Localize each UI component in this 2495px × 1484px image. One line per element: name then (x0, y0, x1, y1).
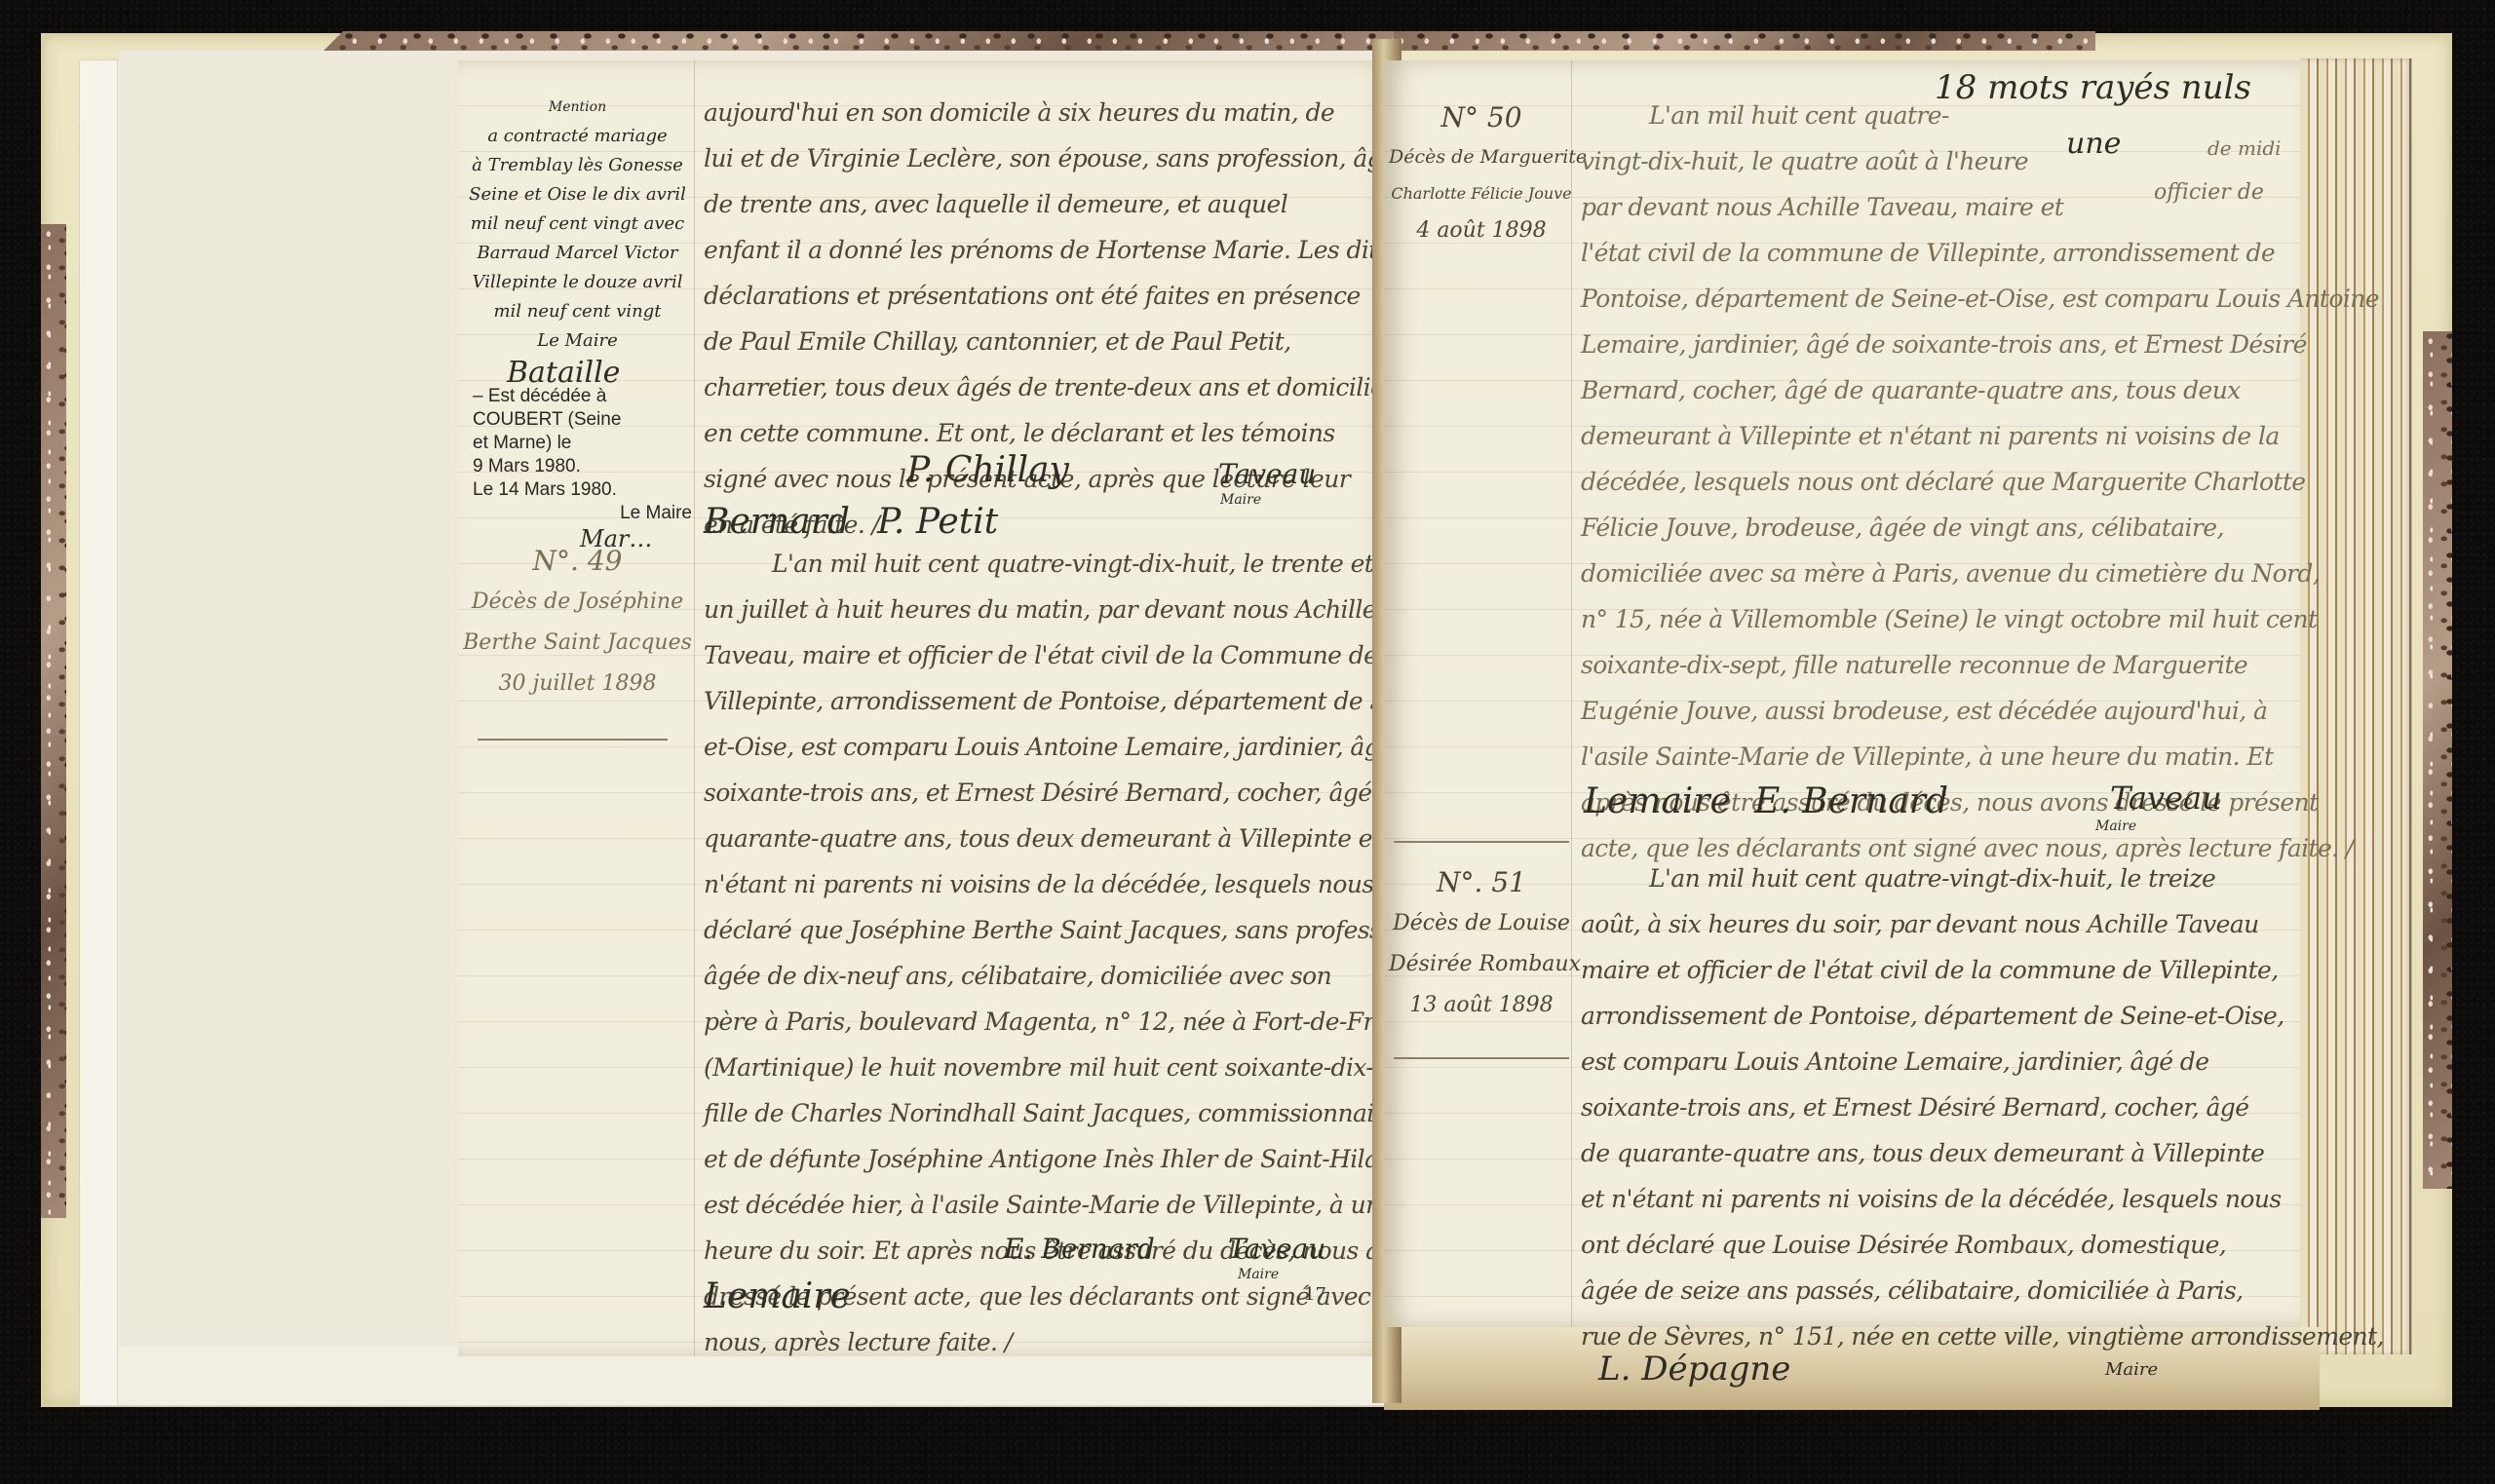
text-line: charretier, tous deux âgés de trente-deu… (704, 364, 1366, 410)
left-margin-rule (694, 60, 695, 1356)
text-line: ont déclaré que Louise Désirée Rombaux, … (1581, 1222, 2292, 1268)
interlinear-correction: 18 mots rayés nuls (1935, 68, 2251, 107)
annotation-header: Mention (463, 93, 692, 122)
death-annotation: – Est décédée à COUBERT (Seine et Marne)… (473, 385, 692, 552)
entry-title-line: Charlotte Félicie Jouve (1389, 175, 1574, 212)
annotation-line: COUBERT (Seine (473, 408, 692, 432)
text-line: âgée de seize ans passés, célibataire, d… (1581, 1268, 2292, 1313)
entry-49-margin: N°. 49 Décès de Joséphine Berthe Saint J… (463, 541, 692, 704)
text-line: lui et de Virginie Leclère, son épouse, … (704, 135, 1366, 181)
text-line: enfant il a donné les prénoms de Hortens… (704, 227, 1366, 273)
entry-title-line: 30 juillet 1898 (463, 664, 692, 704)
flyleaf-edge (80, 60, 118, 1405)
interlinear-word: officier de (2154, 180, 2264, 205)
signature-lemaire: Lemaire (1584, 781, 1731, 821)
signature-chillay: P. Chillay (906, 450, 1069, 490)
signature-bernard: Bernard (704, 502, 850, 542)
interlinear-word: une (2066, 127, 2121, 161)
interlinear-word: de midi (2207, 136, 2282, 160)
text-line: soixante-dix-sept, fille naturelle recon… (1581, 642, 2292, 688)
text-line: l'asile Sainte-Marie de Villepinte, à un… (1581, 734, 2292, 780)
entry-51-margin: N°. 51 Décès de Louise Désirée Rombaux 1… (1389, 862, 1574, 1026)
annotation-line: Le 14 Mars 1980. (473, 478, 692, 502)
entry-separator (1394, 841, 1569, 843)
text-line: soixante-trois ans, et Ernest Désiré Ber… (1581, 1084, 2292, 1130)
text-line: Lemaire, jardinier, âgé de soixante-troi… (1581, 322, 2292, 367)
signature-depagne: L. Dépagne (1598, 1350, 1790, 1389)
text-line: août, à six heures du soir, par devant n… (1581, 901, 2292, 947)
annotation-line: 9 Mars 1980. (473, 455, 692, 478)
annotation-line: Le Maire (473, 502, 692, 525)
annotation-line: Seine et Oise le dix avril (463, 180, 692, 209)
text-line: l'état civil de la commune de Villepinte… (1581, 230, 2292, 276)
text-line: domiciliée avec sa mère à Paris, avenue … (1581, 551, 2292, 596)
page-edges-stack (2300, 58, 2412, 1354)
marriage-annotation: Mention a contracté mariage à Tremblay l… (463, 93, 692, 390)
text-line: soixante-trois ans, et Ernest Désiré Ber… (704, 770, 1366, 816)
signature-lemaire: Lemaire (704, 1276, 851, 1316)
signature-bernard: E. Bernard (1754, 781, 1948, 821)
annotation-line: Barraud Marcel Victor (463, 239, 692, 268)
annotation-line: a contracté mariage (463, 122, 692, 151)
text-line: L'an mil huit cent quatre-vingt-dix-huit… (1581, 856, 2292, 901)
folio-number: 17 (1304, 1284, 1326, 1305)
entry-title-line: Berthe Saint Jacques (463, 623, 692, 664)
signature-maire-label: Maire (1220, 492, 1261, 508)
text-line: en cette commune. Et ont, le déclarant e… (704, 410, 1366, 456)
text-line: n° 15, née à Villemomble (Seine) le ving… (1581, 596, 2292, 642)
entry-title-line: Décès de Louise (1389, 903, 1574, 944)
text-line: décédée, lesquels nous ont déclaré que M… (1581, 459, 2292, 505)
signature-maire-label: Maire (1238, 1267, 1279, 1282)
entry-50-text: L'an mil huit cent quatre- vingt-dix-hui… (1581, 93, 2292, 871)
signature-taveau: Taveau (1218, 458, 1316, 490)
annotation-line: – Est décédée à (473, 385, 692, 408)
annotation-line: mil neuf cent vingt (463, 297, 692, 326)
text-line: et n'étant ni parents ni voisins de la d… (1581, 1176, 2292, 1222)
annotation-line: et Marne) le (473, 432, 692, 455)
text-line: demeurant à Villepinte et n'étant ni par… (1581, 413, 2292, 459)
text-line: n'étant ni parents ni voisins de la décé… (704, 861, 1366, 907)
entry-50-margin: N° 50 Décès de Marguerite Charlotte Féli… (1389, 97, 1574, 249)
text-line: (Martinique) le huit novembre mil huit c… (704, 1045, 1366, 1090)
entry-number: N°. 49 (463, 541, 692, 582)
annotation-line: Le Maire (463, 326, 692, 356)
text-line: Villepinte, arrondissement de Pontoise, … (704, 678, 1366, 724)
text-line: de Paul Emile Chillay, cantonnier, et de… (704, 319, 1366, 364)
text-line: maire et officier de l'état civil de la … (1581, 947, 2292, 993)
text-line: et-Oise, est comparu Louis Antoine Lemai… (704, 724, 1366, 770)
marbled-board-top-right (1394, 31, 2095, 51)
text-line: de trente ans, avec laquelle il demeure,… (704, 181, 1366, 227)
text-line: et de défunte Joséphine Antigone Inès Ih… (704, 1136, 1366, 1182)
signature-taveau: Taveau (1228, 1233, 1325, 1265)
annotation-line: mil neuf cent vingt avec (463, 209, 692, 239)
marbled-board-right (2423, 331, 2452, 1189)
entry-title-line: Décès de Joséphine (463, 582, 692, 623)
marbled-board-left (41, 224, 66, 1218)
text-line: déclarations et présentations ont été fa… (704, 273, 1366, 319)
text-line: vingt-dix-huit, le quatre août à l'heure (1581, 138, 2292, 184)
signature-maire-label: Maire (2105, 1359, 2158, 1380)
text-line: arrondissement de Pontoise, département … (1581, 993, 2292, 1039)
right-margin-rule (1571, 60, 1572, 1327)
text-line: Eugénie Jouve, aussi brodeuse, est décéd… (1581, 688, 2292, 734)
text-line: Bernard, cocher, âgé de quarante-quatre … (1581, 367, 2292, 413)
annotation-line: à Tremblay lès Gonesse (463, 151, 692, 180)
signature-taveau: Taveau (2110, 780, 2222, 817)
text-line: de quarante-quatre ans, tous deux demeur… (1581, 1130, 2292, 1176)
text-line: est décédée hier, à l'asile Sainte-Marie… (704, 1182, 1366, 1228)
entry-separator (478, 739, 668, 741)
text-line: quarante-quatre ans, tous deux demeurant… (704, 816, 1366, 861)
text-line: fille de Charles Norindhall Saint Jacque… (704, 1090, 1366, 1136)
entry-number: N°. 51 (1389, 862, 1574, 903)
text-line: père à Paris, boulevard Magenta, n° 12, … (704, 999, 1366, 1045)
text-line: Taveau, maire et officier de l'état civi… (704, 632, 1366, 678)
text-line: nous, après lecture faite. / (704, 1319, 1366, 1365)
entry-separator (1394, 1057, 1569, 1059)
marbled-board-top-left (322, 31, 1394, 53)
signature-bernard: E. Bernard (1004, 1233, 1155, 1265)
entry-51-text: L'an mil huit cent quatre-vingt-dix-huit… (1581, 856, 2292, 1359)
signature-petit: P. Petit (877, 502, 998, 542)
text-line: Pontoise, département de Seine-et-Oise, … (1581, 276, 2292, 322)
text-line: aujourd'hui en son domicile à six heures… (704, 90, 1366, 135)
text-line: déclaré que Joséphine Berthe Saint Jacqu… (704, 907, 1366, 953)
text-line: un juillet à huit heures du matin, par d… (704, 587, 1366, 632)
entry-title-line: Décès de Marguerite (1389, 138, 1574, 175)
entry-title-line: 13 août 1898 (1389, 985, 1574, 1026)
text-line: Félicie Jouve, brodeuse, âgée de vingt a… (1581, 505, 2292, 551)
entry-title-line: 4 août 1898 (1389, 212, 1574, 249)
annotation-line: Villepinte le douze avril (463, 268, 692, 297)
text-line: âgée de dix-neuf ans, célibataire, domic… (704, 953, 1366, 999)
entry-number: N° 50 (1389, 97, 1574, 138)
text-line: est comparu Louis Antoine Lemaire, jardi… (1581, 1039, 2292, 1084)
entry-title-line: Désirée Rombaux (1389, 944, 1574, 985)
text-line: L'an mil huit cent quatre-vingt-dix-huit… (704, 541, 1366, 587)
signature-maire-label: Maire (2095, 818, 2136, 834)
